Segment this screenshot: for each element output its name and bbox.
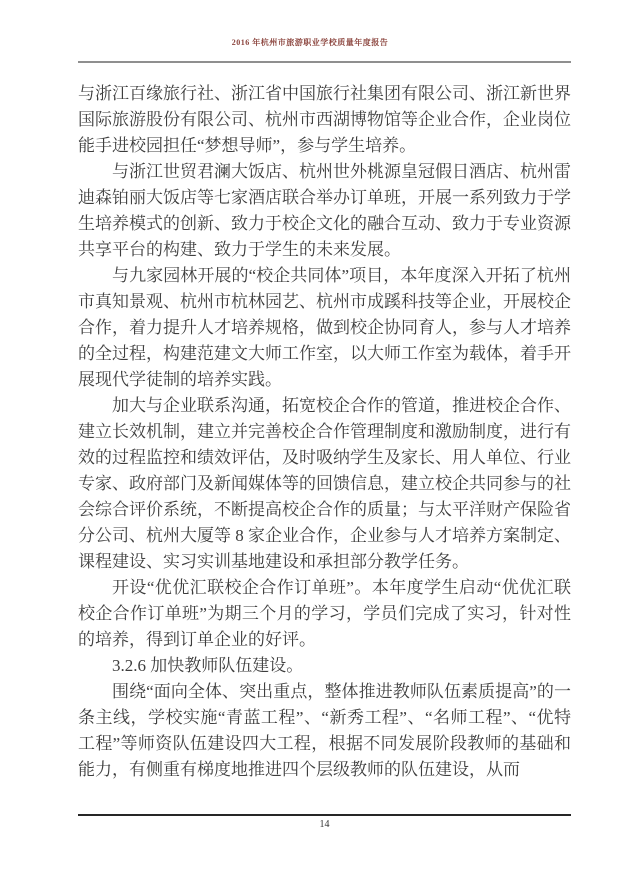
paragraph: 与浙江世贸君澜大饭店、杭州世外桃源皇冠假日酒店、杭州雷迪森铂丽大饭店等七家酒店联… — [78, 159, 571, 263]
footer-rule — [78, 814, 571, 816]
paragraph: 与浙江百缘旅行社、浙江省中国旅行社集团有限公司、浙江新世界国际旅游股份有限公司、… — [78, 81, 571, 159]
header-rule — [78, 61, 571, 63]
section-heading: 3.2.6 加快教师队伍建设。 — [78, 653, 571, 679]
page-number: 14 — [78, 819, 571, 830]
header-title: 2016 年杭州市旅游职业学校质量年度报告 — [0, 37, 620, 48]
paragraph: 围绕“面向全体、突出重点，整体推进教师队伍素质提高”的一条主线，学校实施“青蓝工… — [78, 679, 571, 783]
paragraph: 开设“优优汇联校企合作订单班”。本年度学生启动“优优汇联校企合作订单班”为期三个… — [78, 575, 571, 653]
paragraph: 加大与企业联系沟通，拓宽校企合作的管道，推进校企合作、建立长效机制，建立并完善校… — [78, 393, 571, 575]
document-page: 2016 年杭州市旅游职业学校质量年度报告 与浙江百缘旅行社、浙江省中国旅行社集… — [0, 0, 620, 877]
paragraph: 与九家园林开展的“校企共同体”项目，本年度深入开拓了杭州市真知景观、杭州市杭林园… — [78, 263, 571, 393]
document-body: 与浙江百缘旅行社、浙江省中国旅行社集团有限公司、浙江新世界国际旅游股份有限公司、… — [78, 81, 571, 783]
